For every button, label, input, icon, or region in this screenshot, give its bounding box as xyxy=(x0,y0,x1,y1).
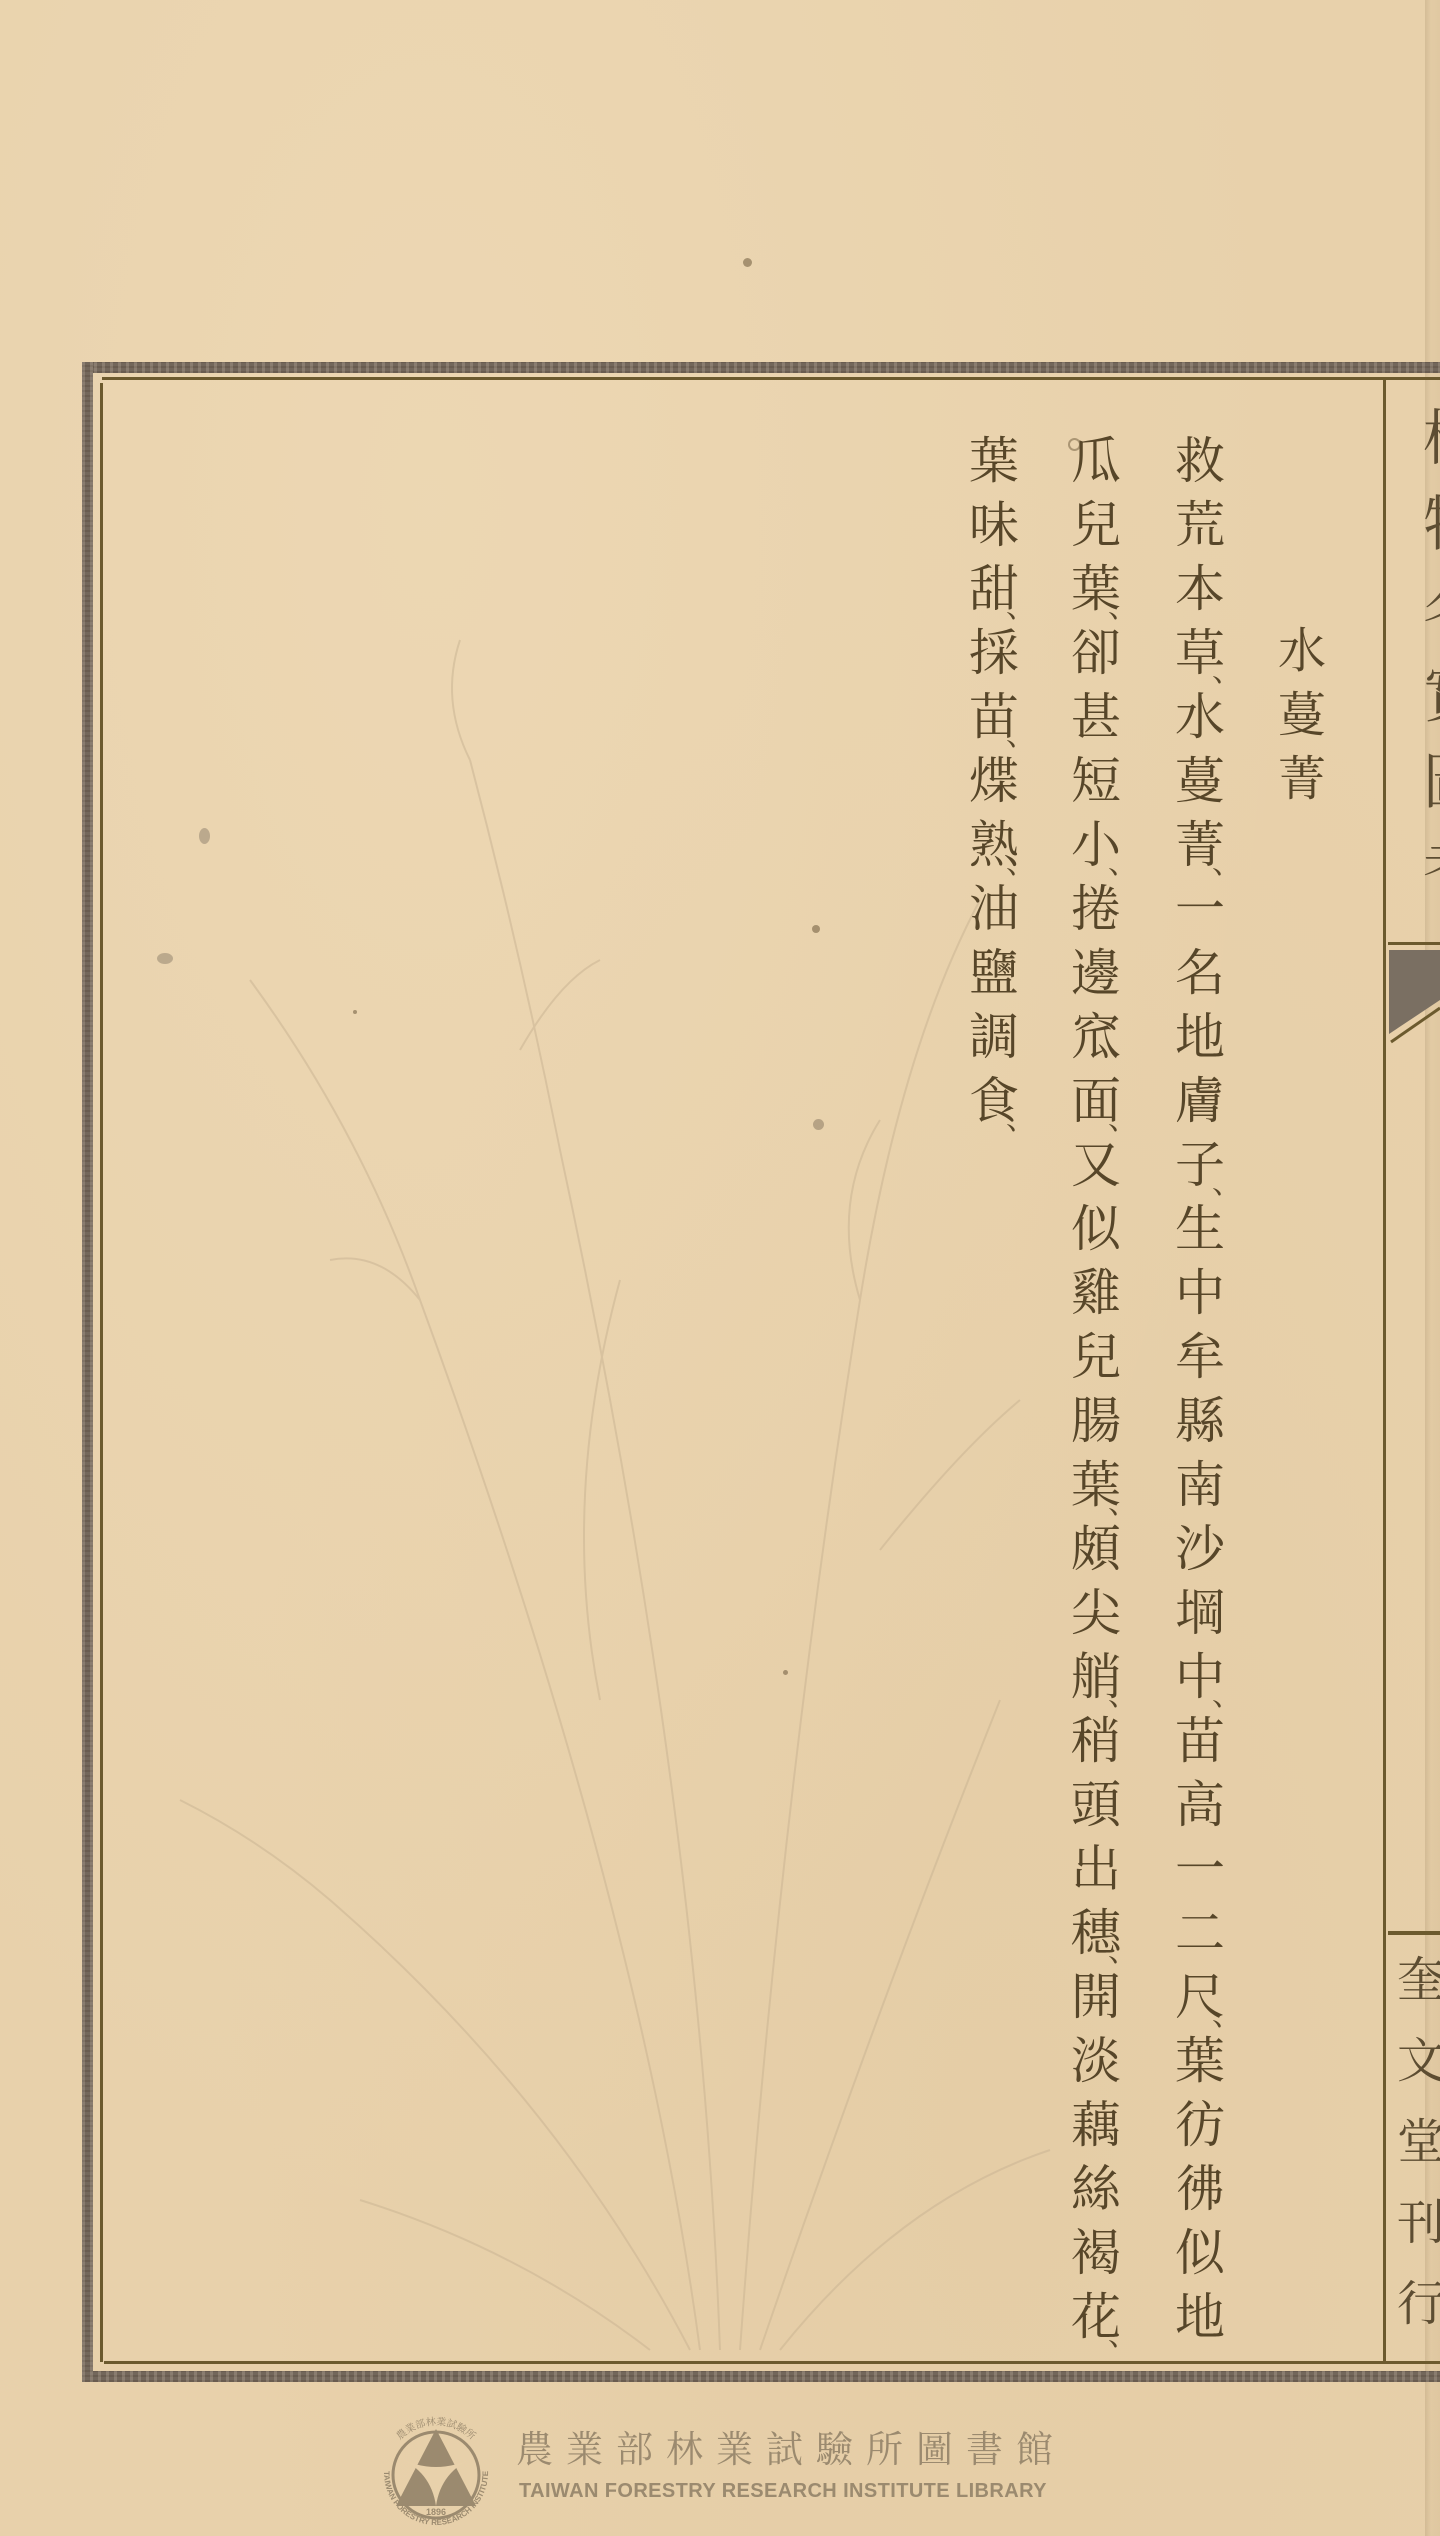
glyph: 頭 xyxy=(1068,1779,1124,1843)
glyph: 葉 xyxy=(1172,2035,1228,2099)
glyph: 穗、 xyxy=(1068,1907,1124,1971)
glyph: 苗、 xyxy=(966,691,1022,755)
glyph: 瓜 xyxy=(1068,435,1124,499)
glyph: 頗 xyxy=(1068,1523,1124,1587)
punctuation-mark: 、 xyxy=(1212,2001,1242,2031)
glyph: 地 xyxy=(1172,1011,1228,1075)
punctuation-mark: 、 xyxy=(1108,1937,1138,1967)
glyph: 出 xyxy=(1068,1843,1124,1907)
glyph: 窊 xyxy=(1068,1011,1124,1075)
glyph: 彷 xyxy=(1172,2099,1228,2163)
glyph: 膚 xyxy=(1172,1075,1228,1139)
book-page: 植物名實圖考 奎文堂刊行 水蔓菁 救荒本草、水蔓菁、一名地膚子、生中牟縣南沙堈中… xyxy=(0,0,1440,2536)
logo-year: 1896 xyxy=(426,2507,446,2517)
glyph: 子、 xyxy=(1172,1139,1228,1203)
glyph: 實 xyxy=(1421,666,1440,752)
paper-stain xyxy=(743,258,752,267)
glyph: 生 xyxy=(1172,1203,1228,1267)
glyph: 救 xyxy=(1172,435,1228,499)
glyph: 稍 xyxy=(1068,1715,1124,1779)
glyph: 雞 xyxy=(1068,1267,1124,1331)
punctuation-mark: 、 xyxy=(1108,593,1138,623)
glyph: 菁 xyxy=(1275,754,1329,818)
punctuation-mark: 、 xyxy=(1108,1681,1138,1711)
punctuation-mark: 、 xyxy=(1006,721,1036,751)
banxin-bottom-line xyxy=(1388,1931,1440,1935)
glyph: 彿 xyxy=(1172,2163,1228,2227)
glyph: 味 xyxy=(966,499,1022,563)
glyph: 花、 xyxy=(1068,2291,1124,2355)
fishtail-top-line xyxy=(1388,942,1440,945)
glyph: 草、 xyxy=(1172,627,1228,691)
glyph: 名 xyxy=(1172,947,1228,1011)
glyph: 煠 xyxy=(966,755,1022,819)
glyph: 高 xyxy=(1172,1779,1228,1843)
glyph: 小、 xyxy=(1068,819,1124,883)
forestry-institute-logo-icon: 農業部林業試驗所 TAIWAN FORESTRY RESEARCH INSTIT… xyxy=(375,2413,497,2535)
glyph: 短 xyxy=(1068,755,1124,819)
punctuation-mark: 、 xyxy=(1108,849,1138,879)
glyph: 地 xyxy=(1172,2291,1228,2355)
glyph: 刊 xyxy=(1394,2198,1440,2279)
entry-title: 水蔓菁 xyxy=(1275,626,1329,818)
glyph: 沙 xyxy=(1172,1523,1228,1587)
glyph: 尖 xyxy=(1068,1587,1124,1651)
glyph: 兒 xyxy=(1068,499,1124,563)
glyph: 食、 xyxy=(966,1075,1022,1139)
glyph: 尺、 xyxy=(1172,1971,1228,2035)
watermark-name-en: TAIWAN FORESTRY RESEARCH INSTITUTE LIBRA… xyxy=(519,2480,1047,2502)
glyph: 本 xyxy=(1172,563,1228,627)
punctuation-mark: 、 xyxy=(1212,657,1242,687)
glyph: 名 xyxy=(1421,580,1440,666)
glyph: 卻 xyxy=(1068,627,1124,691)
glyph: 物 xyxy=(1421,494,1440,580)
punctuation-mark: 、 xyxy=(1212,1169,1242,1199)
glyph: 藕 xyxy=(1068,2099,1124,2163)
glyph: 南 xyxy=(1172,1459,1228,1523)
glyph: 絲 xyxy=(1068,2163,1124,2227)
watermark-name-zh: 農業部林業試驗所圖書館 xyxy=(516,2429,1066,2471)
glyph: 葉、 xyxy=(1068,1459,1124,1523)
glyph: 植 xyxy=(1421,408,1440,494)
glyph: 水 xyxy=(1172,691,1228,755)
glyph: 行 xyxy=(1394,2279,1440,2360)
glyph: 葉 xyxy=(966,435,1022,499)
glyph: 甚 xyxy=(1068,691,1124,755)
glyph: 牟 xyxy=(1172,1331,1228,1395)
text-column: 葉味甜、採苗、煠熟、油鹽調食、 xyxy=(966,435,1022,1139)
text-column: 瓜兒葉、卻甚短小、捲邊窊面、又似雞兒腸葉、頗尖艄、稍頭出穗、開淡藕絲褐花、 xyxy=(1068,435,1124,2355)
glyph: 奎 xyxy=(1394,1955,1440,2036)
glyph: 又 xyxy=(1068,1139,1124,1203)
glyph: 艄、 xyxy=(1068,1651,1124,1715)
frame-border-bottom xyxy=(82,2371,1440,2382)
glyph: 苗 xyxy=(1172,1715,1228,1779)
glyph: 一 xyxy=(1172,883,1228,947)
text-column: 救荒本草、水蔓菁、一名地膚子、生中牟縣南沙堈中、苗高一二尺、葉彷彿似地 xyxy=(1172,435,1228,2355)
frame-border-left xyxy=(82,362,93,2382)
punctuation-mark: 、 xyxy=(1006,1105,1036,1135)
glyph: 熟、 xyxy=(966,819,1022,883)
glyph: 荒 xyxy=(1172,499,1228,563)
glyph: 二 xyxy=(1172,1907,1228,1971)
glyph: 甜、 xyxy=(966,563,1022,627)
glyph: 圖 xyxy=(1421,752,1440,838)
glyph: 堂 xyxy=(1394,2117,1440,2198)
paper-stain xyxy=(813,1119,824,1130)
glyph: 菁、 xyxy=(1172,819,1228,883)
paper-stain xyxy=(353,1010,357,1014)
glyph: 腸 xyxy=(1068,1395,1124,1459)
glyph: 鹽 xyxy=(966,947,1022,1011)
glyph: 調 xyxy=(966,1011,1022,1075)
glyph: 中、 xyxy=(1172,1651,1228,1715)
frame-border-top xyxy=(86,362,1440,373)
glyph: 考 xyxy=(1421,838,1440,924)
glyph: 似 xyxy=(1068,1203,1124,1267)
glyph: 油 xyxy=(966,883,1022,947)
paper-stain xyxy=(157,953,173,964)
paper-stain xyxy=(199,828,210,844)
glyph: 淡 xyxy=(1068,2035,1124,2099)
glyph: 一 xyxy=(1172,1843,1228,1907)
glyph: 中 xyxy=(1172,1267,1228,1331)
punctuation-mark: 、 xyxy=(1108,1489,1138,1519)
paper-stain xyxy=(783,1670,788,1675)
glyph: 文 xyxy=(1394,2036,1440,2117)
frame-inner-line-bottom xyxy=(104,2361,1440,2364)
punctuation-mark: 、 xyxy=(1006,593,1036,623)
punctuation-mark: 、 xyxy=(1108,1105,1138,1135)
paper-stain xyxy=(812,925,820,933)
glyph: 水 xyxy=(1275,626,1329,690)
frame-inner-line-top xyxy=(102,377,1440,380)
fishtail-icon xyxy=(1386,946,1440,1046)
frame-inner-line-left xyxy=(100,383,103,2362)
glyph: 兒 xyxy=(1068,1331,1124,1395)
glyph: 堈 xyxy=(1172,1587,1228,1651)
punctuation-mark: 、 xyxy=(1006,849,1036,879)
glyph: 縣 xyxy=(1172,1395,1228,1459)
glyph: 邊 xyxy=(1068,947,1124,1011)
glyph: 捲 xyxy=(1068,883,1124,947)
glyph: 葉、 xyxy=(1068,563,1124,627)
banxin-divider-line xyxy=(1383,380,1386,2363)
glyph: 褐 xyxy=(1068,2227,1124,2291)
glyph: 蔓 xyxy=(1172,755,1228,819)
banxin-book-title: 植物名實圖考 xyxy=(1421,408,1440,924)
punctuation-mark: 、 xyxy=(1212,1681,1242,1711)
glyph: 蔓 xyxy=(1275,690,1329,754)
banxin-publisher: 奎文堂刊行 xyxy=(1394,1955,1440,2360)
glyph: 開 xyxy=(1068,1971,1124,2035)
glyph: 面、 xyxy=(1068,1075,1124,1139)
punctuation-mark: 、 xyxy=(1212,849,1242,879)
glyph: 採 xyxy=(966,627,1022,691)
glyph: 似 xyxy=(1172,2227,1228,2291)
punctuation-mark: 、 xyxy=(1108,2321,1138,2351)
